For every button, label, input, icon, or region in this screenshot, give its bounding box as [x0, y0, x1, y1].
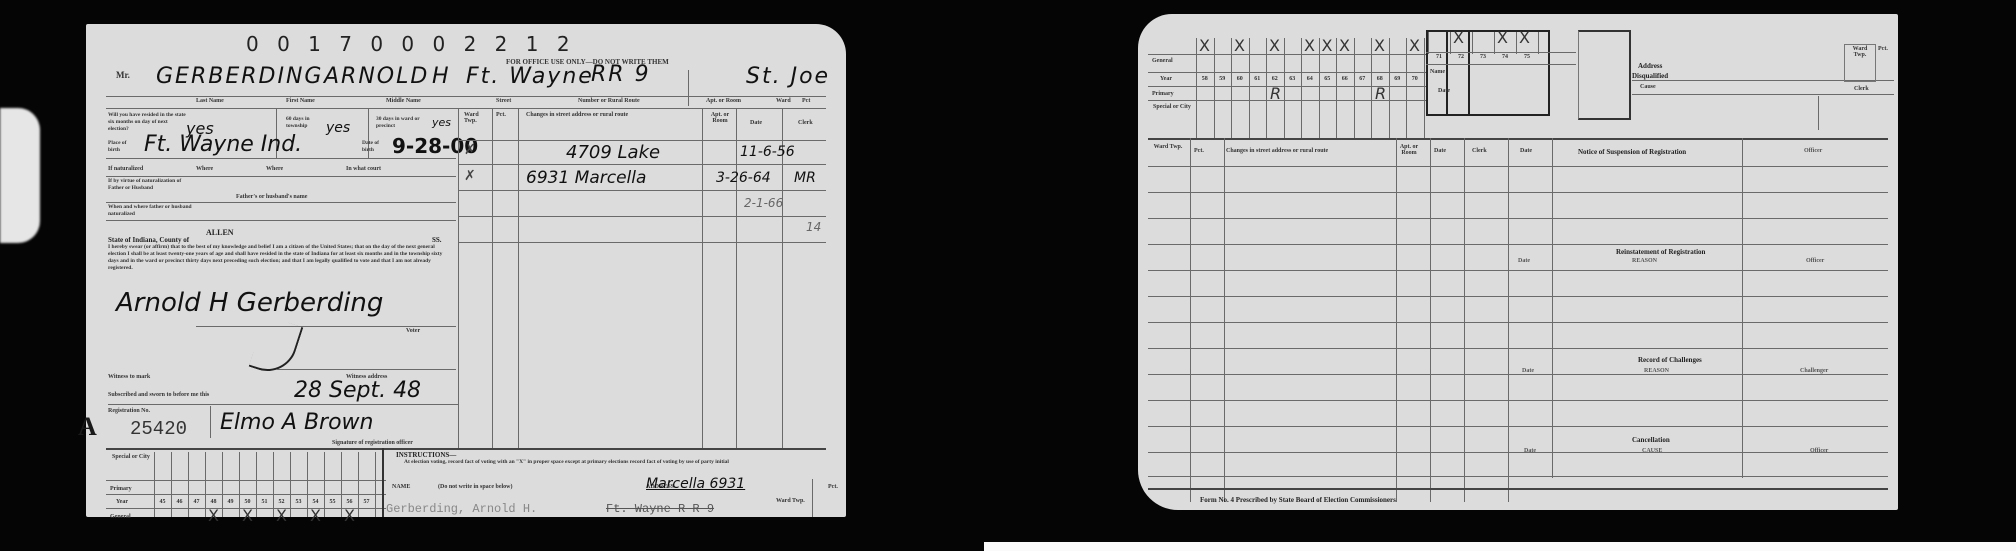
vote-mark: X — [1497, 28, 1508, 47]
instructions-text: At election voting, record fact of votin… — [404, 459, 824, 466]
vote-mark: X — [276, 506, 287, 525]
label-registration-no: Registration No. — [108, 408, 150, 414]
year-cell: 72 — [1450, 54, 1472, 60]
label-ward: Ward — [776, 98, 791, 104]
label-last-name: Last Name — [196, 98, 224, 104]
year-cell: 48 — [205, 499, 222, 505]
changes-header-date: Date — [750, 120, 762, 126]
vote-mark: X — [1409, 36, 1420, 55]
first-name: ARNOLD — [324, 64, 429, 89]
change-row-2-marks: ✗ — [464, 168, 476, 184]
right-changes-header-clerk: Clerk — [1472, 148, 1487, 154]
change-row-2-date: 3-26-64 — [716, 170, 771, 186]
vote-mark: X — [344, 506, 355, 525]
label-officer-signature: Signature of registration officer — [332, 440, 413, 446]
vote-mark: X — [1374, 36, 1385, 55]
right-changes-header-apt: Apt. or Room — [1394, 144, 1424, 156]
vote-mark: X — [310, 506, 321, 525]
label-father-name: Father's or husband's name — [236, 194, 307, 200]
label-if-naturalized: If naturalized — [108, 166, 143, 172]
year-cell: 64 — [1301, 76, 1319, 82]
reinstatement-officer-label: Officer — [1806, 258, 1824, 264]
answer-ward: yes — [432, 116, 451, 129]
answer-township: yes — [326, 120, 350, 136]
change-row-3-date: 2-1-66 — [744, 196, 783, 210]
oath-state-county: State of Indiana, County of — [108, 236, 189, 244]
label-in-what-court: In what court — [346, 166, 381, 172]
label-date-of-birth: Date of birth — [362, 140, 392, 154]
reinstatement-date-label: Date — [1518, 258, 1530, 264]
label-disqualified: Disqualified — [1632, 72, 1668, 80]
year-cell: 47 — [188, 499, 205, 505]
label-witness-to-mark: Witness to mark — [108, 374, 150, 380]
registration-card-front: 0 0 1 7 0 0 0 2 2 1 2 FOR OFFICE USE ONL… — [86, 24, 846, 517]
address-handwritten: Marcella 6931 — [646, 476, 745, 492]
row-label-year: Year — [116, 499, 128, 505]
right-changes-header-date: Date — [1434, 148, 1446, 154]
right-changes-header-pct: Pct. — [1194, 148, 1204, 154]
change-row-4-date: 14 — [806, 220, 821, 234]
change-row-1-marks: ✗ — [464, 142, 476, 158]
row-label-special: Special or City — [110, 454, 152, 460]
label-pct: Pct — [802, 98, 810, 104]
year-cell: 53 — [290, 499, 307, 505]
year-cell: 69 — [1389, 76, 1407, 82]
form-footer: Form No. 4 Prescribed by State Board of … — [1200, 496, 1396, 504]
primary-mark: R — [1270, 84, 1281, 103]
year-cell: 59 — [1214, 76, 1232, 82]
year-cell: 68 — [1371, 76, 1389, 82]
question-township: 60 days in township — [286, 116, 326, 130]
label-do-not-write: (Do not write in space below) — [438, 484, 513, 490]
year-cell: 74 — [1494, 54, 1516, 60]
year-cell: 57 — [358, 499, 375, 505]
label-middle-name: Middle Name — [386, 98, 421, 104]
cancellation-date-label: Date — [1524, 448, 1536, 454]
voter-signature: Arnold H Gerberding — [116, 288, 383, 318]
label-place-of-birth: Place of birth — [108, 140, 134, 154]
change-row-1-address: 4709 Lake — [566, 142, 660, 163]
year-cell: 49 — [222, 499, 239, 505]
year-cell: 46 — [171, 499, 188, 505]
label-pct-bottom: Pct. — [828, 484, 838, 490]
year-cell: 75 — [1516, 54, 1538, 60]
suspension-date-label: Date — [1520, 148, 1532, 154]
label-ward-top: Ward Twp. — [1848, 46, 1872, 58]
year-cell: 52 — [273, 499, 290, 505]
suspension-officer-label: Officer — [1804, 148, 1822, 154]
primary-mark: R — [1375, 84, 1386, 103]
vote-mark: X — [1234, 36, 1245, 55]
right-row-label-primary: Primary — [1152, 91, 1174, 97]
changes-header-address: Changes in street address or rural route — [526, 112, 628, 118]
oath-county-name: ALLEN — [206, 228, 234, 237]
year-cell: 50 — [239, 499, 256, 505]
year-cell: 60 — [1231, 76, 1249, 82]
cancellation-officer-label: Officer — [1810, 448, 1828, 454]
bottom-white-strip — [984, 542, 2016, 551]
suspension-title: Notice of Suspension of Registration — [1578, 148, 1686, 156]
label-voter: Voter — [406, 328, 420, 334]
year-cell: 51 — [256, 499, 273, 505]
change-row-2-address: 6931 Marcella — [526, 168, 646, 188]
changes-header-apt: Apt. or Room — [706, 112, 734, 124]
year-cell: 70 — [1406, 76, 1424, 82]
year-cell: 63 — [1284, 76, 1302, 82]
year-cell: 58 — [1196, 76, 1214, 82]
label-pct-top: Pct. — [1878, 46, 1888, 52]
label-street: Street — [496, 98, 511, 104]
vote-mark: X — [1519, 28, 1530, 47]
vote-mark: X — [1453, 28, 1464, 47]
extra-box-right — [1578, 30, 1631, 120]
registration-letter: A — [78, 412, 97, 442]
vote-mark: X — [1339, 36, 1350, 55]
year-cell: 62 — [1266, 76, 1284, 82]
question-state-residence: Will you have resided in the state six m… — [108, 112, 188, 133]
challenges-date-label: Date — [1522, 368, 1534, 374]
changes-header-pct: Pct. — [496, 112, 506, 118]
row-label-general: General — [110, 514, 131, 520]
label-clerk-top: Clerk — [1854, 86, 1869, 92]
changes-header-clerk: Clerk — [798, 120, 813, 126]
extra-label-name: Name — [1430, 69, 1445, 75]
vote-mark: X — [1304, 36, 1315, 55]
right-changes-header-address: Changes in street address or rural route — [1226, 148, 1328, 154]
vote-mark: X — [242, 506, 253, 525]
rural-route: RR 9 — [591, 62, 651, 87]
year-cell: 67 — [1354, 76, 1372, 82]
officer-signature: Elmo A Brown — [220, 410, 373, 435]
label-rural-route: Number or Rural Route — [578, 98, 640, 104]
year-cell: 73 — [1472, 54, 1494, 60]
typed-name: Gerberding, Arnold H. — [386, 502, 537, 516]
right-row-label-general: General — [1152, 58, 1173, 64]
street: Ft. Wayne — [466, 64, 594, 89]
right-row-label-special: Special or City — [1152, 104, 1192, 110]
right-changes-header-ward: Ward Twp. — [1150, 144, 1186, 150]
challenges-title: Record of Challenges — [1638, 356, 1702, 364]
year-cell: 55 — [324, 499, 341, 505]
instructions-title: INSTRUCTIONS— — [396, 451, 456, 459]
label-father-naturalization: If by virtue of naturalization of Father… — [108, 178, 183, 192]
challenges-reason-label: REASON — [1644, 368, 1669, 374]
typed-address: Ft. Wayne R R 9 — [606, 502, 714, 516]
last-name: GERBERDING — [156, 64, 323, 89]
label-name: NAME — [392, 484, 410, 490]
registration-card-back: General Year Primary Special or City 58X… — [1138, 14, 1898, 510]
salutation: Mr. — [116, 70, 130, 80]
registration-number: 25420 — [130, 418, 187, 440]
year-cell: 65 — [1319, 76, 1337, 82]
cancellation-cause-label: CAUSE — [1642, 448, 1662, 454]
middle-name: H — [432, 64, 451, 89]
adjacent-card-edge — [0, 108, 40, 243]
label-apt: Apt. or Room — [706, 98, 741, 104]
label-where-2: Where — [266, 166, 283, 172]
year-cell: 71 — [1428, 54, 1450, 60]
extra-label-date: Date — [1438, 88, 1450, 94]
label-cause: Cause — [1640, 84, 1656, 90]
year-cell: 61 — [1249, 76, 1267, 82]
apt-note: St. Joe — [746, 64, 830, 89]
vote-mark: X — [208, 506, 219, 525]
label-address-disq: Address — [1638, 62, 1662, 70]
label-when-where: When and where father or husband natural… — [108, 204, 198, 218]
reinstatement-reason-label: REASON — [1632, 258, 1657, 264]
change-row-1-date: 11-6-56 — [740, 144, 795, 160]
challenges-challenger-label: Challenger — [1800, 368, 1828, 374]
oath-text: I hereby swear (or affirm) that to the b… — [108, 244, 453, 272]
row-label-primary: Primary — [110, 486, 132, 492]
year-cell: 56 — [341, 499, 358, 505]
cancellation-title: Cancellation — [1632, 436, 1670, 444]
reinstatement-title: Reinstatement of Registration — [1616, 248, 1705, 256]
question-ward: 30 days in ward or precinct — [376, 116, 436, 130]
subscribed-date: 28 Sept. 48 — [294, 378, 421, 403]
year-cell: 45 — [154, 499, 171, 505]
place-of-birth: Ft. Wayne Ind. — [144, 132, 302, 157]
year-cell: 66 — [1336, 76, 1354, 82]
right-row-label-year: Year — [1160, 76, 1172, 82]
label-ward-bottom: Ward Twp. — [776, 498, 805, 504]
vote-mark: X — [1269, 36, 1280, 55]
label-where-1: Where — [196, 166, 213, 172]
vote-mark: X — [1199, 36, 1210, 55]
year-cell: 54 — [307, 499, 324, 505]
oath-ss: SS. — [432, 236, 442, 244]
vote-mark: X — [1322, 36, 1333, 55]
label-first-name: First Name — [286, 98, 315, 104]
change-row-2-clerk: MR — [794, 170, 816, 186]
serial-number: 0 0 1 7 0 0 0 2 2 1 2 — [246, 32, 576, 56]
label-subscribed: Subscribed and sworn to before me this — [108, 392, 209, 398]
changes-header-ward: Ward Twp. — [464, 112, 490, 124]
